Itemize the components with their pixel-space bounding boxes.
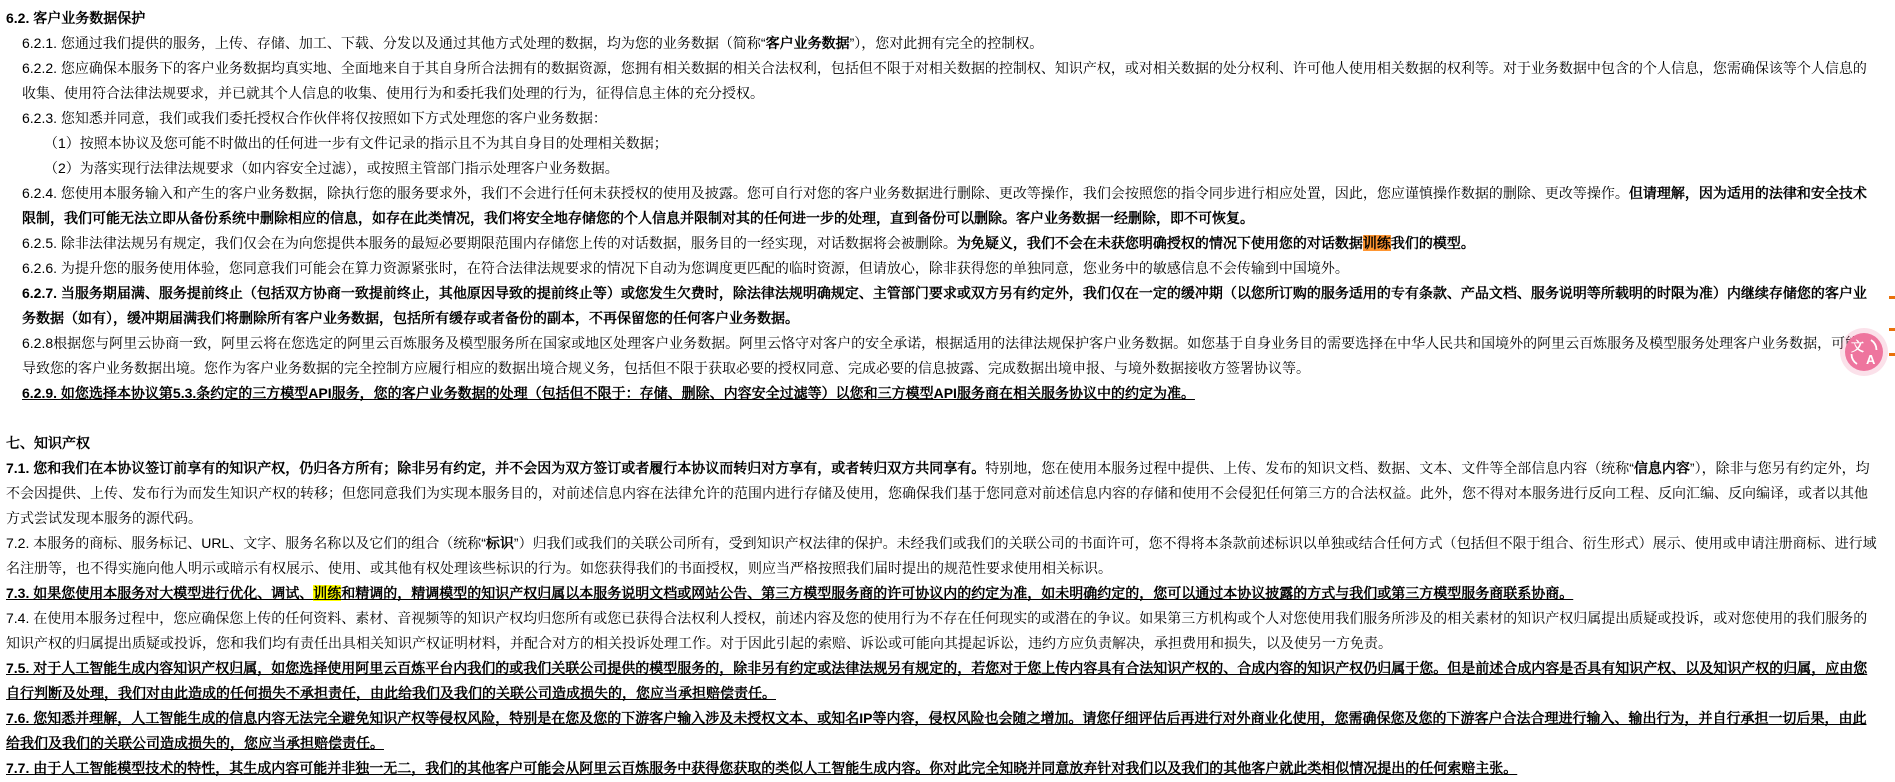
text-segment: （1）按照本协议及您可能不时做出的任何进一步有文件记录的指示且不为其自身目的处理… [44,135,668,151]
clause-6-2-3-item-1: （1）按照本协议及您可能不时做出的任何进一步有文件记录的指示且不为其自身目的处理… [6,131,1879,156]
text-segment: 6.2.5. 除非法律法规另有规定，我们仅会在为向您提供本服务的最短必要期限范围… [22,235,957,251]
text-segment: 7.3. 如果您使用本服务对大模型进行优化、调试、 [6,585,313,601]
clause-6-2-3-item-2: （2）为落实现行法律法规要求（如内容安全过滤），或按照主管部门指示处理客户业务数… [6,156,1879,181]
text-segment: 6.2.1. 您通过我们提供的服务，上传、存储、加工、下载、分发以及通过其他方式… [22,35,766,51]
text-segment: 为免疑义，我们不会在未获您明确授权的情况下使用您的对话数据 [957,235,1363,251]
text-segment: 6.2.6. 为提升您的服务使用体验，您同意我们可能会在算力资源紧张时，在符合法… [22,260,1349,276]
section-6-2-heading: 6.2. 客户业务数据保护 [6,6,1879,31]
translate-icon-latin-glyph: A [1866,352,1876,367]
text-segment: 6.2. 客户业务数据保护 [6,10,145,26]
text-segment: 和精调的，精调模型的知识产权归属以本服务说明文档或网站公告、第三方模型服务商的许… [341,585,1573,601]
clause-6-2-6: 6.2.6. 为提升您的服务使用体验，您同意我们可能会在算力资源紧张时，在符合法… [6,256,1879,281]
text-segment: 6.2.8根据您与阿里云协商一致，阿里云将在您选定的阿里云百炼服务及模型服务所在… [22,335,1873,376]
clause-6-2-9: 6.2.9. 如您选择本协议第5.3.条约定的三方模型API服务，您的客户业务数… [6,381,1879,406]
clause-7-3: 7.3. 如果您使用本服务对大模型进行优化、调试、训练和精调的，精调模型的知识产… [6,581,1879,606]
clause-6-2-7: 6.2.7. 当服务期届满、服务提前终止（包括双方协商一致提前终止，其他原因导致… [6,281,1879,331]
clause-7-7: 7.7. 由于人工智能模型技术的特性，其生成内容可能并非独一无二，我们的其他客户… [6,756,1879,781]
clause-6-2-1: 6.2.1. 您通过我们提供的服务，上传、存储、加工、下载、分发以及通过其他方式… [6,31,1879,56]
find-highlight: 训练 [313,585,341,601]
find-tickmark [1889,328,1895,331]
text-segment: 标识 [486,535,514,551]
translate-button[interactable]: 文 A [1845,333,1883,371]
clause-7-5: 7.5. 对于人工智能生成内容知识产权归属，如您选择使用阿里云百炼平台内我们的或… [6,656,1879,706]
text-segment: 6.2.4. 您使用本服务输入和产生的客户业务数据，除执行您的服务要求外，我们不… [22,185,1629,201]
text-segment: 特别地，您在使用本服务过程中提供、上传、发布的知识文档、数据、文本、文件等全部信… [985,460,1634,476]
clause-7-6: 7.6. 您知悉并理解，人工智能生成的信息内容无法完全避免知识产权等侵权风险，特… [6,706,1879,756]
clause-6-2-2: 6.2.2. 您应确保本服务下的客户业务数据均真实地、全面地来自于其自身所合法拥… [6,56,1879,106]
text-segment: 信息内容 [1634,460,1690,476]
find-tickmark [1889,296,1895,299]
clause-6-2-5: 6.2.5. 除非法律法规另有规定，我们仅会在为向您提供本服务的最短必要期限范围… [6,231,1879,256]
find-highlight: 训练 [1363,235,1391,251]
text-segment: 6.2.9. 如您选择本协议第5.3.条约定的三方模型API服务，您的客户业务数… [22,385,1195,401]
clause-7-1: 7.1. 您和我们在本协议签订前享有的知识产权，仍归各方所有；除非另有约定，并不… [6,456,1879,531]
text-segment: 7.1. 您和我们在本协议签订前享有的知识产权，仍归各方所有；除非另有约定，并不… [6,460,985,476]
clause-7-4: 7.4. 在使用本服务过程中，您应确保您上传的任何资料、素材、音视频等的知识产权… [6,606,1879,656]
text-segment: ”），您对此拥有完全的控制权。 [850,35,1044,51]
text-segment: 7.5. 对于人工智能生成内容知识产权归属，如您选择使用阿里云百炼平台内我们的或… [6,660,1867,701]
text-segment: 客户业务数据 [766,35,850,51]
translate-icon: 文 A [1845,333,1883,371]
text-segment: 6.2.2. 您应确保本服务下的客户业务数据均真实地、全面地来自于其自身所合法拥… [22,60,1867,101]
text-segment: 7.6. 您知悉并理解，人工智能生成的信息内容无法完全避免知识产权等侵权风险，特… [6,710,1866,751]
document-body: 6.2. 客户业务数据保护6.2.1. 您通过我们提供的服务，上传、存储、加工、… [0,0,1895,781]
clause-7-2: 7.2. 本服务的商标、服务标记、URL、文字、服务名称以及它们的组合（统称“标… [6,531,1879,581]
text-segment: 6.2.7. 当服务期届满、服务提前终止（包括双方协商一致提前终止，其他原因导致… [22,285,1867,326]
text-segment: 我们的模型。 [1391,235,1475,251]
clause-6-2-8: 6.2.8根据您与阿里云协商一致，阿里云将在您选定的阿里云百炼服务及模型服务所在… [6,331,1879,381]
clause-6-2-3: 6.2.3. 您知悉并同意，我们或我们委托授权合作伙伴将仅按照如下方式处理您的客… [6,106,1879,131]
text-segment: （2）为落实现行法律法规要求（如内容安全过滤），或按照主管部门指示处理客户业务数… [44,160,619,176]
clause-6-2-4: 6.2.4. 您使用本服务输入和产生的客户业务数据，除执行您的服务要求外，我们不… [6,181,1879,231]
section-7-heading: 七、知识产权 [6,431,1879,456]
text-segment: 6.2.3. 您知悉并同意，我们或我们委托授权合作伙伴将仅按照如下方式处理您的客… [22,110,607,126]
text-segment: 7.4. 在使用本服务过程中，您应确保您上传的任何资料、素材、音视频等的知识产权… [6,610,1867,651]
text-segment: 七、知识产权 [6,435,90,451]
find-tickmark [1889,353,1895,356]
text-segment: 7.2. 本服务的商标、服务标记、URL、文字、服务名称以及它们的组合（统称“ [6,535,486,551]
text-segment: 7.7. 由于人工智能模型技术的特性，其生成内容可能并非独一无二，我们的其他客户… [6,760,1517,776]
translate-icon-cjk-glyph: 文 [1851,339,1864,354]
scrollbar-tickmarks [1887,0,1895,782]
